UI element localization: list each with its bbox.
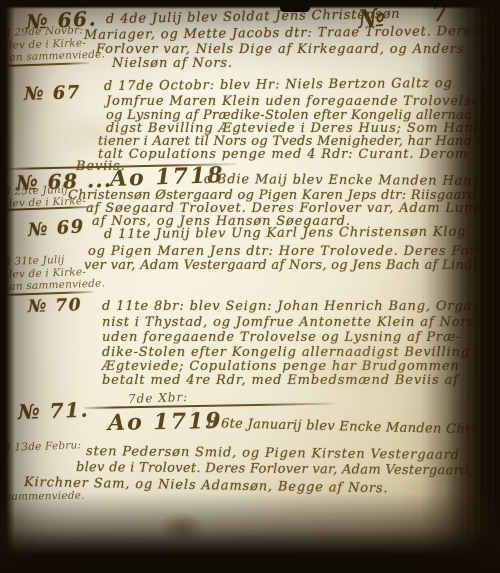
entry-line: uden foregaaende Trolovelse og Lysning a…: [102, 331, 461, 344]
entry-line: dike-Stolen efter Kongelig allernaadigst…: [102, 346, 470, 359]
margin-note: sammenviede.: [6, 490, 85, 503]
entry-line: d 11te 8br: blev Seign: Johan Henrich Ba…: [102, 300, 477, 313]
entry-line: Jomfrue Maren Klein uden foregaaende Tro…: [106, 95, 480, 108]
entry-line: og Pigen Maren Jens dtr: Hore Trolovede.…: [88, 245, 495, 258]
entry-line: Nielsøn af Nors.: [112, 57, 233, 70]
entry-line: talt Copulations penge med 4 Rdr: Curant…: [98, 148, 468, 161]
entry-number: № 70: [28, 295, 83, 317]
year-label: Ao 1719: [108, 408, 223, 436]
entry-line: sten Pedersøn Smid, og Pigen Kirsten Ves…: [86, 445, 460, 462]
entry-line: Mariager, og Mette Jacobs dtr: Traae Tro…: [84, 25, 480, 42]
date-heading: 7de Xbr:: [128, 390, 189, 406]
entry-line: blev de i Trolovet. Deres Forlover var, …: [76, 461, 473, 477]
entry-line: betalt med 4re Rdr, med Embedsmænd Bevii…: [102, 374, 459, 387]
entry-line: ver var, Adam Vestergaard af Nors, og Je…: [84, 259, 499, 272]
entry-line: d 11te Junij blev Ung Karl Jens Christen…: [104, 225, 466, 241]
entry-line: d 3die Maij blev Encke Manden Hans: [204, 173, 480, 188]
entry-line: Forlover var, Niels Dige af Kirkegaard, …: [96, 43, 464, 56]
entry-line: nist i Thystad, og Jomfrue Antonette Kle…: [102, 316, 475, 329]
entry-line: d 17de Octobr: blev Hr: Niels Bertzon Ga…: [104, 77, 453, 93]
entry-line: Ægteviede; Copulations penge har Brudgom…: [102, 360, 460, 373]
entry-number: № 69: [27, 216, 85, 241]
margin-note: d 31te Julij: [4, 254, 65, 268]
entry-number: № 71.: [18, 398, 90, 424]
entry-number: № 67: [24, 82, 82, 105]
manuscript-photo: № 7 № 66. d 4de Julij blev Soldat Jens C…: [0, 0, 500, 573]
